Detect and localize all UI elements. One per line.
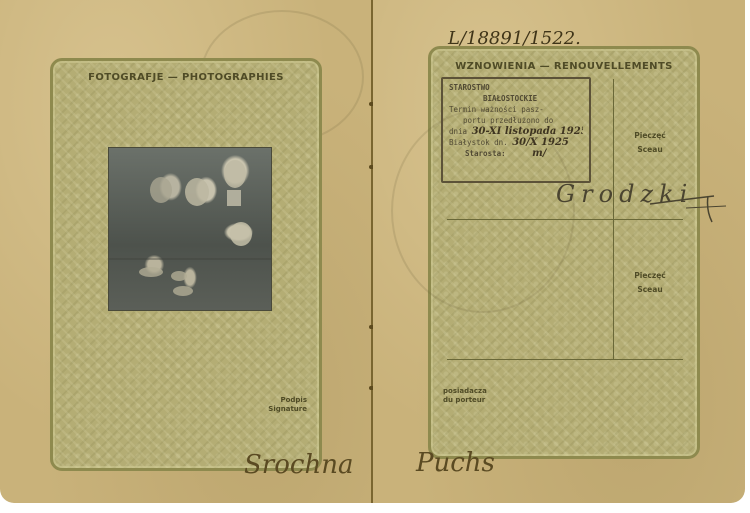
official-signature-tail-icon [650,190,730,230]
signature-label: Podpis Signature [268,396,307,414]
family-photograph [108,147,272,311]
expiry-date-handwritten: 30-XI listopada 1925 [472,126,583,137]
photographs-title: FOTOGRAFJE — PHOTOGRAPHIES [53,72,319,83]
holder-signature-right: Puchs [416,448,495,478]
left-page: FOTOGRAFJE — PHOTOGRAPHIES Podpis Signat… [0,0,372,503]
renewal-stamp: STAROSTWO BIAŁOSTOCKIE Termin ważności p… [441,77,591,183]
stamp-line: Termin ważności pasz- [449,104,583,115]
stamp-line: portu przedłużono do [449,115,583,126]
stamp-line: dnia 30-XI listopada 1925 [449,126,583,137]
row-divider [447,359,683,360]
seal-label-2: Pieczęć Sceau [621,269,679,297]
stamp-line: STAROSTWO [449,82,583,93]
seal-label-1: Pieczęć Sceau [621,129,679,157]
stamp-line: Białystok dn. 30/X 1925 [449,137,583,148]
stamp-line: Starosta: m/ [449,148,583,159]
stamp-line: BIAŁOSTOCKIE [449,93,583,104]
holder-signature-left: Srochna [244,450,353,480]
issue-date-handwritten: 30/X 1925 [512,137,569,148]
holder-label: posiadacza du porteur [443,387,487,405]
row-divider [447,219,683,220]
renewals-title: WZNOWIENIA — RENOUVELLEMENTS [431,61,697,72]
photo-subjects-icon [109,148,271,310]
photographs-panel: FOTOGRAFJE — PHOTOGRAPHIES Podpis Signat… [50,58,322,471]
